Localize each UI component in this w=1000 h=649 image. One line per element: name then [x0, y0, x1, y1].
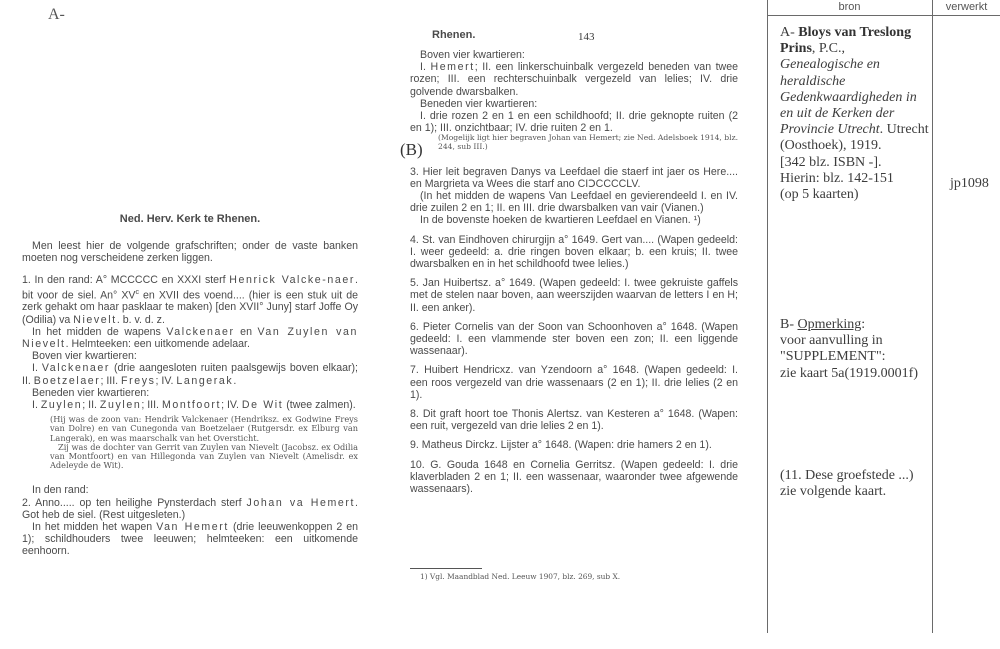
running-head: Rhenen.	[432, 29, 475, 41]
entry-1-boven-text: I. Valckenaer (drie aangesloten ruiten p…	[22, 362, 358, 386]
column-header-bron: bron	[767, 0, 932, 15]
entry-3-kwartieren: In de bovenste hoeken de kwartieren Leef…	[410, 214, 738, 226]
section-heading: Ned. Herv. Kerk te Rhenen.	[22, 213, 358, 225]
entry-1-note-son: (Hij was de zoon van: Hendrik Valckenaer…	[22, 415, 358, 443]
verwerkt-code: jp1098	[950, 176, 989, 192]
header-rule	[767, 15, 1000, 16]
table-border-left	[767, 0, 768, 633]
cont-beneden-text: I. drie rozen 2 en 1 en een schildhoofd;…	[410, 110, 738, 134]
entry-1-epitaph: 1. In den rand: A° MCCCCC en XXXI sterf …	[22, 274, 358, 325]
index-card-table: bron verwerkt A- Bloys van Treslong Prin…	[767, 0, 1000, 633]
entry-8: 8. Dit graft hoort toe Thonis Alertsz. v…	[410, 408, 738, 432]
cont-boven-label: Boven vier kwartieren:	[410, 49, 738, 61]
footnote: 1) Vgl. Maandblad Ned. Leeuw 1907, blz. …	[420, 572, 620, 581]
entry-2-epitaph: 2. Anno..... op ten heilighe Pynsterdach…	[22, 497, 358, 521]
footnote-rule	[410, 568, 482, 569]
entry-2-arms: In het midden het wapen Van Hemert (drie…	[22, 521, 358, 558]
entry-7: 7. Huibert Hendricxz. van Yzendoorn a° 1…	[410, 364, 738, 401]
page-number: 143	[578, 31, 595, 43]
right-page-body: Boven vier kwartieren: I. Hemert; II. ee…	[410, 49, 738, 495]
continuation-note: (11. Dese groefstede ...) zie volgende k…	[780, 468, 930, 500]
entry-9: 9. Matheus Dirckz. Lijster a° 1648. (Wap…	[410, 439, 738, 451]
entry-5: 5. Jan Huibertsz. a° 1649. (Wapen gedeel…	[410, 277, 738, 314]
card-section-label: A-	[48, 6, 65, 24]
source-b-note: B- Opmerking: voor aanvulling in "SUPPLE…	[780, 317, 930, 382]
entry-1-boven-label: Boven vier kwartieren:	[22, 350, 358, 362]
table-divider	[932, 0, 933, 633]
cont-beneden-label: Beneden vier kwartieren:	[410, 98, 738, 110]
entry-1-beneden-label: Beneden vier kwartieren:	[22, 387, 358, 399]
column-header-verwerkt: verwerkt	[933, 0, 1000, 15]
entry-1-arms: In het midden de wapens Valckenaer en Va…	[22, 326, 358, 350]
entry-2-rand: In den rand:	[22, 484, 358, 496]
entry-10: 10. G. Gouda 1648 en Cornelia Gerritsz. …	[410, 459, 738, 496]
entry-3: 3. Hier leit begraven Danys va Leefdael …	[410, 166, 738, 190]
source-a-citation: A- Bloys van Treslong Prins, P.C., Genea…	[780, 25, 930, 203]
cont-boven-text: I. Hemert; II. een linkerschuinbalk verg…	[410, 61, 738, 98]
entry-6: 6. Pieter Cornelis van der Soon van Scho…	[410, 321, 738, 358]
entry-4: 4. St. van Eindhoven chirurgijn a° 1649.…	[410, 234, 738, 271]
intro-paragraph: Men leest hier de volgende grafschriften…	[22, 240, 358, 264]
entry-1-note-daughter: Zij was de dochter van Gerrit van Zuylen…	[22, 443, 358, 471]
entry-1-beneden-text: I. Zuylen; II. Zuylen; III. Montfoort; I…	[22, 399, 358, 411]
left-page-body: Men leest hier de volgende grafschriften…	[22, 240, 358, 558]
cont-note: (Mogelijk ligt hier begraven Johan van H…	[410, 134, 738, 151]
entry-3-arms: (In het midden de wapens Van Leefdael en…	[410, 190, 738, 214]
